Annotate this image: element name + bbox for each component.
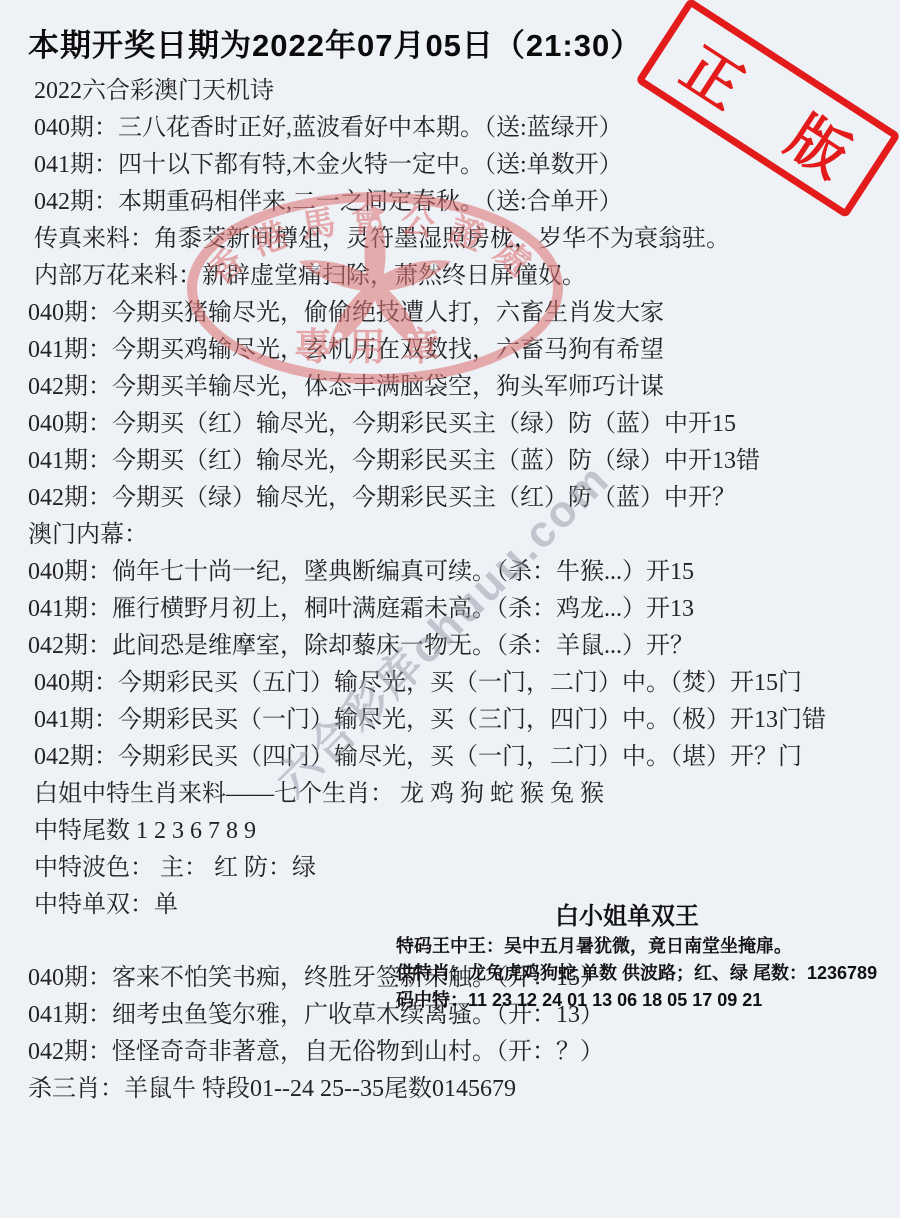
gate-line-042: 042期：今期彩民买（四门）输尽光，买（一门，二门）中。（堪）开？门	[28, 739, 900, 776]
bottom-line-042: 042期：怪怪奇奇非著意，自无俗物到山村。（开：？）	[28, 1034, 900, 1071]
baijie-zodiac-line: 白姐中特生肖来料——七个生肖： 龙 鸡 狗 蛇 猴 兔 猴	[28, 776, 900, 813]
baixiaojie-box: 白小姐单双王 特码王中王：吴中五月暑犹微，竟日南堂坐掩扉。 供特肖：龙兔虎鸡狗蛇…	[396, 896, 898, 1014]
baixiaojie-numbers-line: 码中特：11 23 12 24 01 13 06 18 05 17 09 21	[396, 987, 898, 1014]
baixiaojie-king-line: 特码王中王：吴中五月暑犹微，竟日南堂坐掩扉。	[396, 933, 898, 960]
macau-insider-header: 澳门内幕：	[28, 517, 900, 554]
color-line-042: 042期：今期买（绿）输尽光，今期彩民买主（红）防（蓝）中开？	[28, 480, 900, 517]
tianji-line-042: 042期：本期重码相伴来,二一之间定春秋。（送:合单开）	[28, 184, 900, 221]
baijie-wave-line: 中特波色： 主： 红 防：绿	[28, 850, 900, 887]
lottery-tipsheet-page: 香港馬會公證處	[0, 0, 900, 1218]
kill-three-zodiac-line: 杀三肖：羊鼠牛 特段01--24 25--35尾数0145679	[28, 1071, 900, 1108]
color-line-040: 040期：今期买（红）输尽光，今期彩民买主（绿）防（蓝）中开15	[28, 406, 900, 443]
insider-line-042: 042期：此间恐是维摩室，除却藜床一物无。（杀：羊鼠...）开？	[28, 628, 900, 665]
color-line-041: 041期：今期买（红）输尽光，今期彩民买主（蓝）防（绿）中开13错	[28, 443, 900, 480]
zodiac-line-040: 040期：今期买猪输尽光，偷偷绝技遭人打，六畜生肖发大家	[28, 295, 900, 332]
zodiac-line-041: 041期：今期买鸡输尽光，玄机历在双数找，六畜马狗有希望	[28, 332, 900, 369]
internal-material-line: 内部万花来料：新辟虚堂痛扫除，萧然终日屏僮奴。	[28, 258, 900, 295]
gate-line-041: 041期：今期彩民买（一门）输尽光，买（三门，四门）中。（极）开13门错	[28, 702, 900, 739]
zodiac-line-042: 042期：今期买羊输尽光，体态丰满脑袋空，狗头军师巧计谋	[28, 369, 900, 406]
fax-material-line: 传真来料：角黍茭新间樽俎，灵符墨湿照房栊，岁华不为衰翁驻。	[28, 221, 900, 258]
baixiaojie-title: 白小姐单双王	[396, 896, 858, 931]
insider-line-040: 040期：倘年七十尚一纪，墜典断编真可续。（杀：牛猴...）开15	[28, 554, 900, 591]
gate-line-040: 040期：今期彩民买（五门）输尽光，买（一门，二门）中。（焚）开15门	[28, 665, 900, 702]
insider-line-041: 041期：雁行横野月初上，桐叶满庭霜未高。（杀：鸡龙...）开13	[28, 591, 900, 628]
baixiaojie-zodiac-line: 供特肖：龙兔虎鸡狗蛇 单数 供波路；红、绿 尾数：1236789	[396, 960, 898, 987]
baijie-tail-line: 中特尾数 1 2 3 6 7 8 9	[28, 813, 900, 850]
